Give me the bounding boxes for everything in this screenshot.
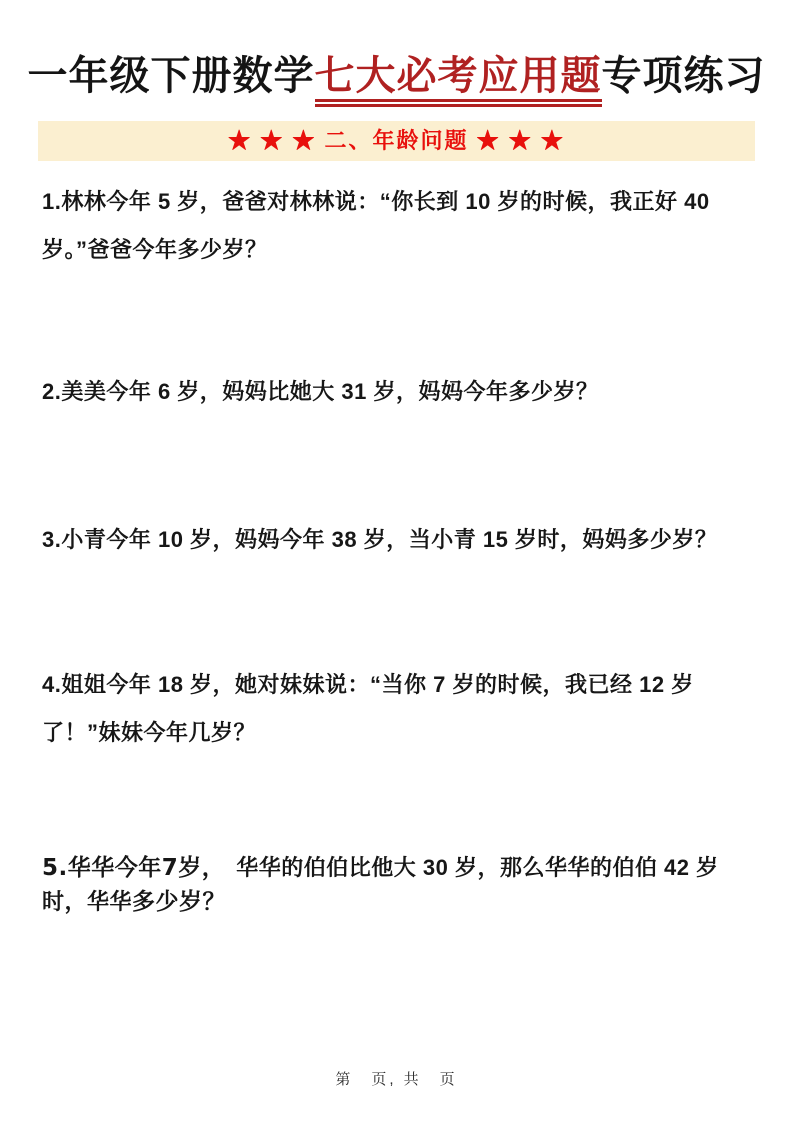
- title-suffix: 专项练习: [602, 53, 766, 98]
- worksheet-page: 一年级下册数学七大必考应用题专项练习 ★ ★ ★ 二、年龄问题 ★ ★ ★ 1.…: [0, 0, 793, 1122]
- problem-4: 4.姐姐今年 18 岁，她对妹妹说：“当你 7 岁的时候，我已经 12 岁了！”…: [42, 661, 758, 757]
- title-highlight: 七大必考应用题: [315, 53, 602, 107]
- problem-2: 2.美美今年 6 岁，妈妈比她大 31 岁，妈妈今年多少岁？: [42, 368, 758, 416]
- problem-5-bold-end: 多少岁？: [132, 889, 226, 915]
- problem-1: 1.林林今年 5 岁，爸爸对林林说：“你长到 10 岁的时候，我正好 40 岁。…: [42, 178, 758, 274]
- problem-3: 3.小青今年 10 岁，妈妈今年 38 岁，当小青 15 岁时，妈妈多少岁？: [42, 516, 758, 564]
- page-footer: 第 页, 共 页: [0, 1068, 793, 1089]
- section-banner: ★ ★ ★ 二、年龄问题 ★ ★ ★: [38, 121, 755, 161]
- page-title: 一年级下册数学七大必考应用题专项练习: [0, 44, 793, 101]
- title-prefix: 一年级下册数学: [28, 53, 315, 98]
- problem-5-bold-start: 5.华华今年7岁，: [42, 855, 214, 881]
- section-banner-text: ★ ★ ★ 二、年龄问题 ★ ★ ★: [228, 128, 565, 153]
- problem-5: 5.华华今年7岁， 华华的伯伯比他大 30 岁，那么华华的伯伯 42 岁时，华华…: [42, 851, 758, 919]
